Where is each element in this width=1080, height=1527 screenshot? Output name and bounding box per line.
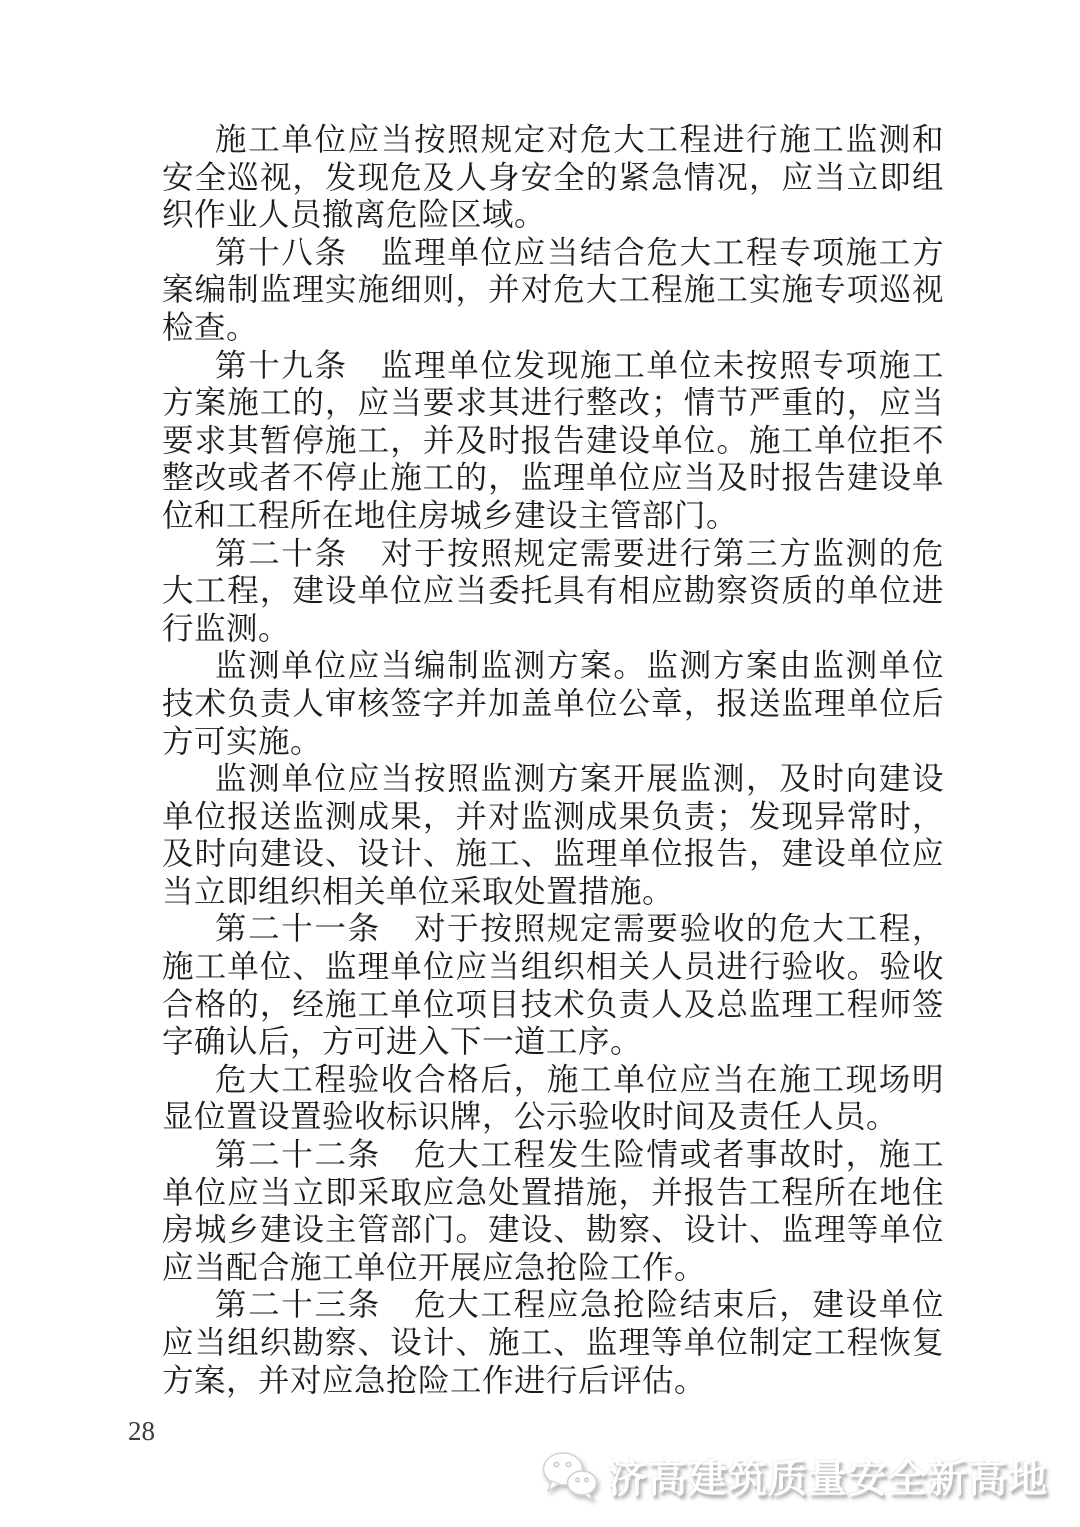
- watermark-label: 济高建筑质量安全新高地: [608, 1448, 1048, 1504]
- document-text-block: 施工单位应当按照规定对危大工程进行施工监测和安全巡视，发现危及人身安全的紧急情况…: [162, 121, 944, 1399]
- paragraph: 监测单位应当按照监测方案开展监测，及时向建设单位报送监测成果，并对监测成果负责；…: [162, 760, 944, 910]
- paragraph-article-20: 第二十条 对于按照规定需要进行第三方监测的危大工程，建设单位应当委托具有相应勘察…: [162, 535, 944, 648]
- page-number: 28: [128, 1416, 155, 1447]
- paragraph: 施工单位应当按照规定对危大工程进行施工监测和安全巡视，发现危及人身安全的紧急情况…: [162, 121, 944, 234]
- paragraph-article-23: 第二十三条 危大工程应急抢险结束后，建设单位应当组织勘察、设计、施工、监理等单位…: [162, 1286, 944, 1399]
- paragraph: 危大工程验收合格后，施工单位应当在施工现场明显位置设置验收标识牌，公示验收时间及…: [162, 1061, 944, 1136]
- document-page: 施工单位应当按照规定对危大工程进行施工监测和安全巡视，发现危及人身安全的紧急情况…: [0, 0, 1080, 1527]
- paragraph-article-22: 第二十二条 危大工程发生险情或者事故时，施工单位应当立即采取应急处置措施，并报告…: [162, 1136, 944, 1286]
- paragraph: 监测单位应当编制监测方案。监测方案由监测单位技术负责人审核签字并加盖单位公章，报…: [162, 647, 944, 760]
- wechat-icon: [542, 1451, 598, 1501]
- paragraph-article-19: 第十九条 监理单位发现施工单位未按照专项施工方案施工的，应当要求其进行整改；情节…: [162, 347, 944, 535]
- footer-watermark: 济高建筑质量安全新高地: [542, 1448, 1048, 1504]
- paragraph-article-21: 第二十一条 对于按照规定需要验收的危大工程，施工单位、监理单位应当组织相关人员进…: [162, 910, 944, 1060]
- paragraph-article-18: 第十八条 监理单位应当结合危大工程专项施工方案编制监理实施细则，并对危大工程施工…: [162, 234, 944, 347]
